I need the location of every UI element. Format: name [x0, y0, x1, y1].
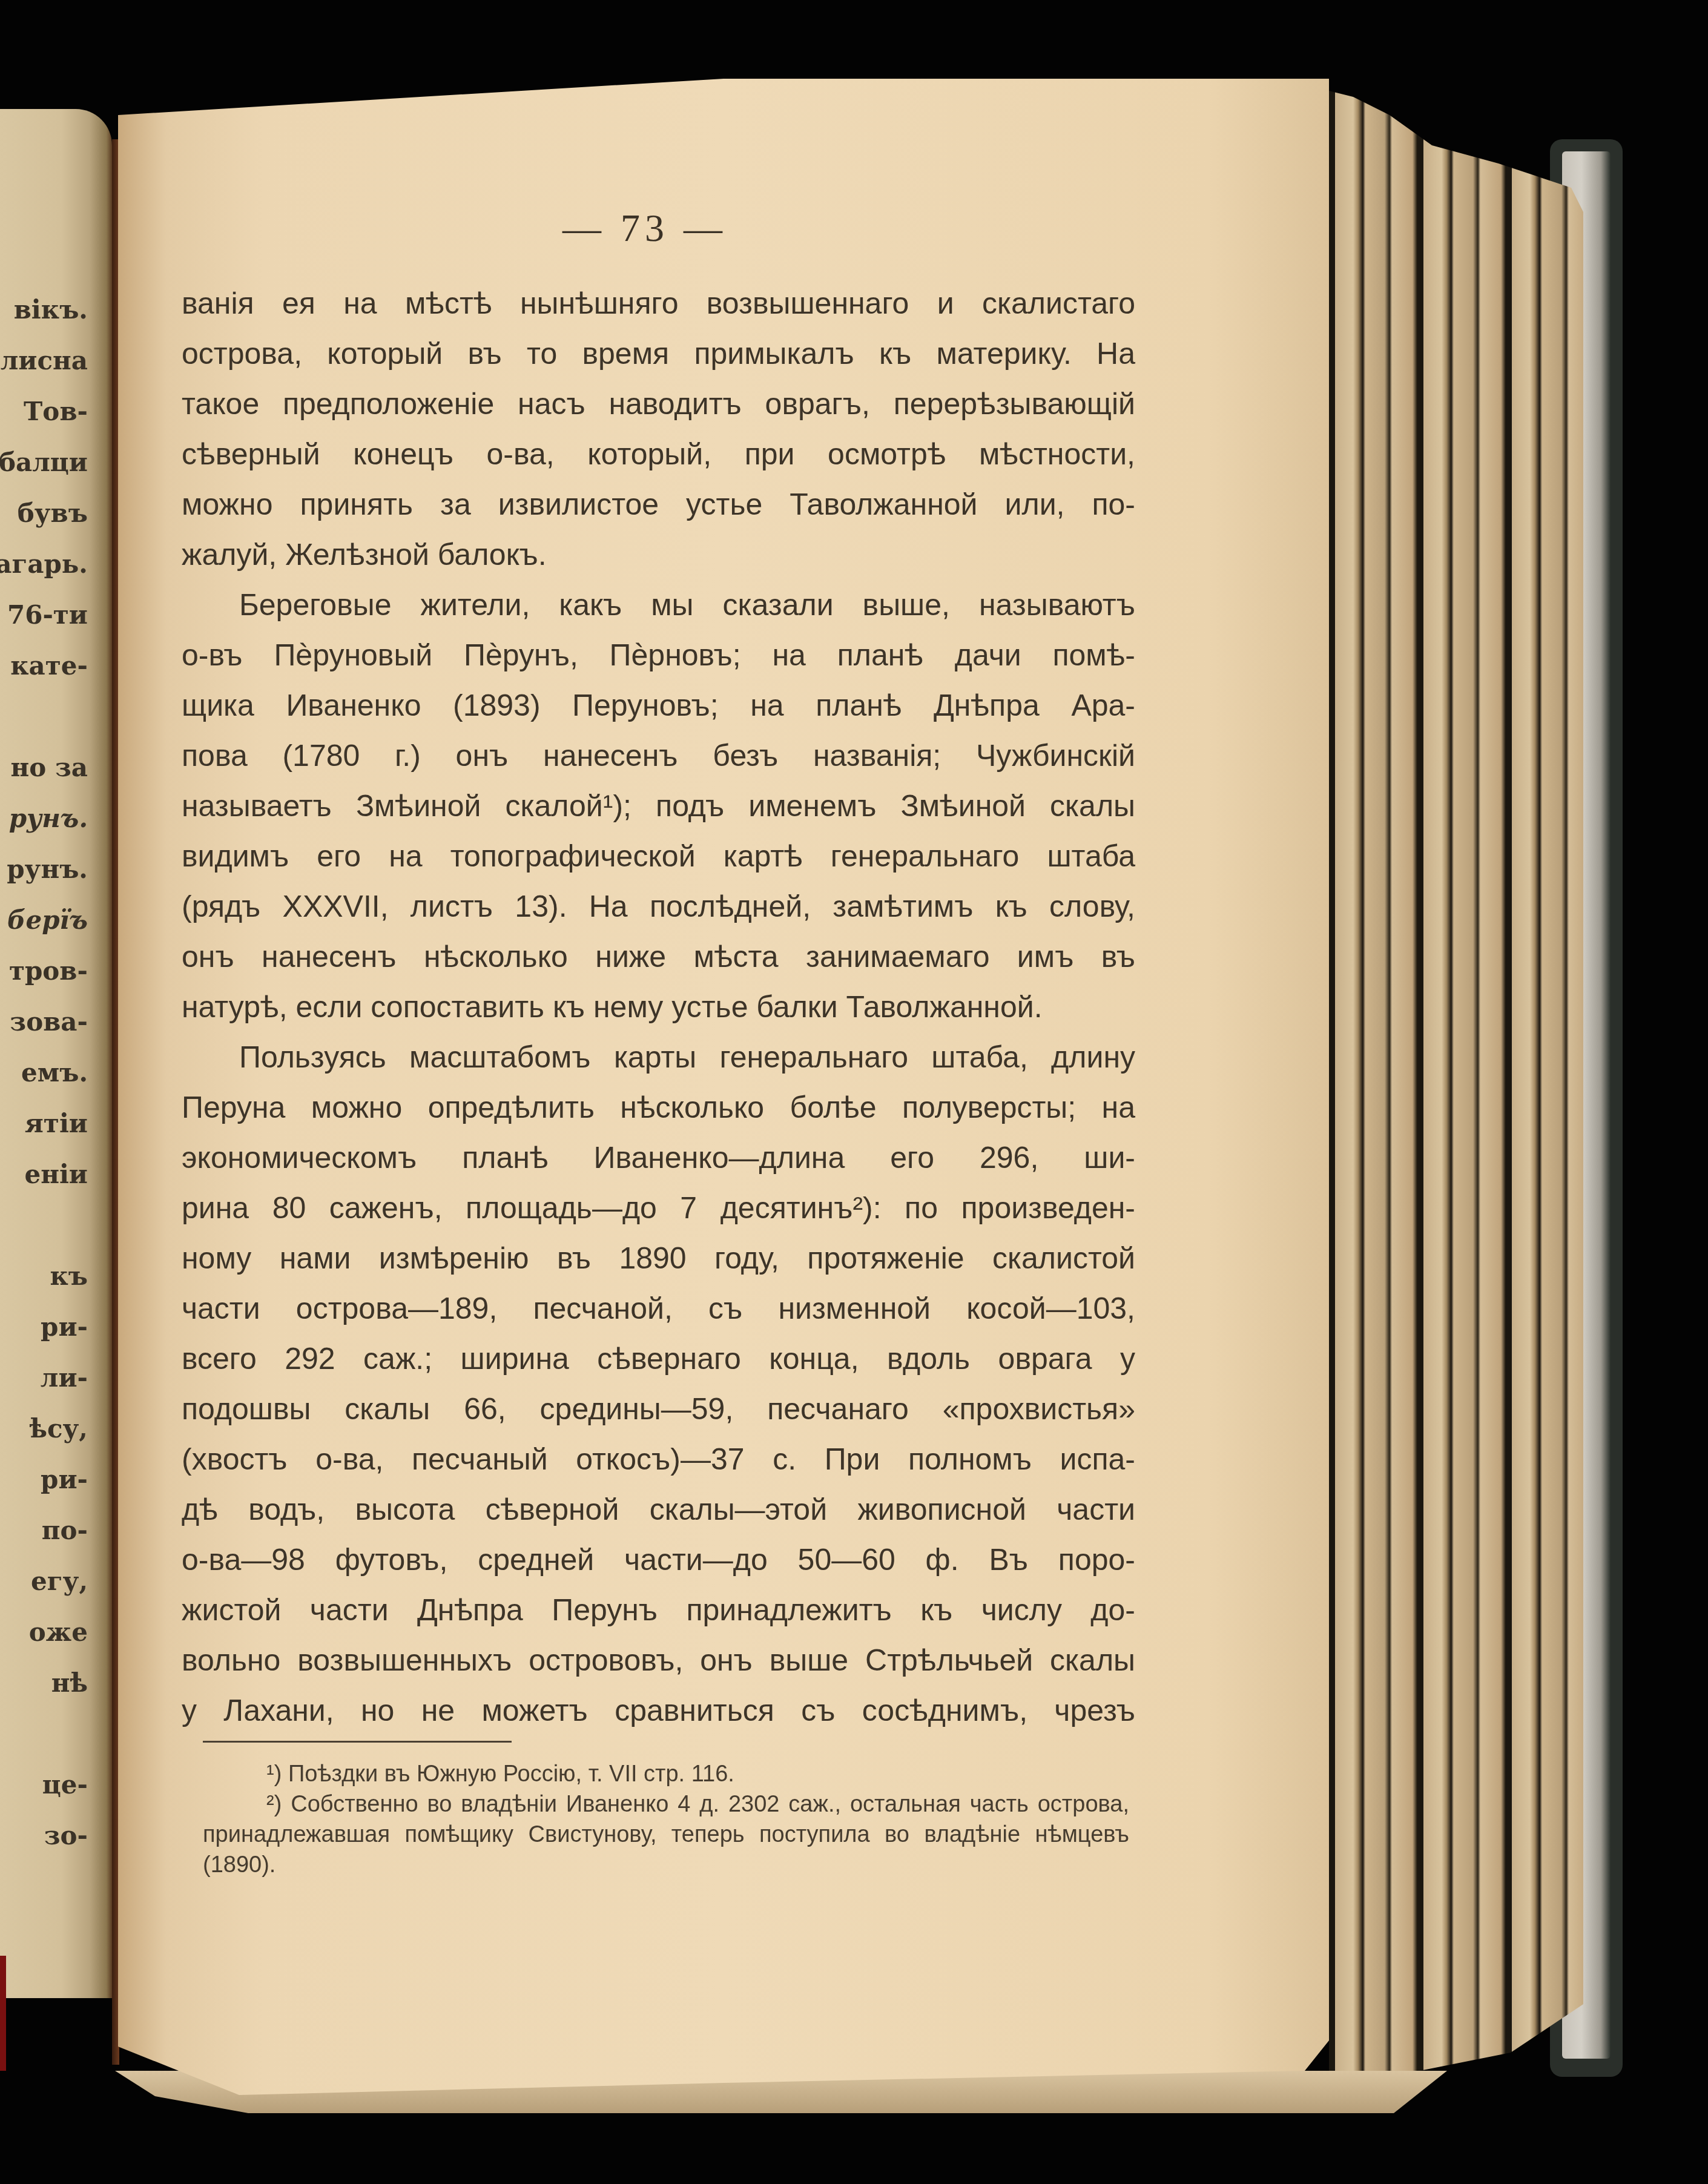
left-fragment: Тов-: [0, 386, 88, 437]
left-fragment: ѣсу,: [0, 1404, 88, 1454]
footnotes: ¹) Поѣздки въ Южную Россію, т. VII стр. …: [203, 1759, 1129, 1880]
text-line: экономическомъ планѣ Иваненко—длина его …: [182, 1133, 1135, 1183]
left-fragment: лисна: [0, 335, 88, 386]
left-fragment: зо-: [0, 1810, 88, 1861]
text-line: (рядъ XXXVII, листъ 13). На послѣдней, з…: [182, 882, 1135, 932]
text-line: ванія ея на мѣстѣ нынѣшняго возвышеннаго…: [182, 279, 1135, 329]
left-fragment: вікъ.: [0, 285, 88, 335]
footnote-text: Поѣздки въ Южную Россію, т. VII стр. 116…: [288, 1761, 734, 1787]
left-fragment: къ: [0, 1251, 88, 1302]
text-line: всего 292 саж.; ширина сѣвернаго конца, …: [182, 1334, 1135, 1384]
text-line: сѣверный конецъ о-ва, который, при осмот…: [182, 429, 1135, 480]
left-fragment: ли-: [0, 1353, 88, 1404]
left-page-text-fragments: вікъ. лисна Тов- балци бувъ агарь. 76-ти…: [0, 285, 88, 1861]
left-fragment-gap: [0, 691, 88, 742]
left-fragment-gap: [0, 1200, 88, 1251]
left-fragment: зова-: [0, 997, 88, 1047]
left-fragment: 76-ти: [0, 590, 88, 641]
paragraph-start-line: Береговые жители, какъ мы сказали выше, …: [182, 580, 1135, 630]
text-line: Перуна можно опредѣлить нѣсколько болѣе …: [182, 1083, 1135, 1133]
text-line: у Лахани, но не можетъ сравниться съ сос…: [182, 1686, 1135, 1736]
page-block-fore-edge: [1329, 91, 1583, 2071]
left-fragment: ятіи: [0, 1098, 88, 1149]
footnote-marker: ²): [203, 1792, 282, 1817]
left-fragment: балци: [0, 437, 88, 488]
footnote-divider: [203, 1741, 512, 1743]
book-page: — 73 — ванія ея на мѣстѣ нынѣшняго возвы…: [118, 79, 1329, 2107]
left-fragment: тров-: [0, 946, 88, 997]
left-fragment: оже: [0, 1607, 88, 1658]
left-fragment: рунъ.: [0, 793, 88, 844]
text-line: щика Иваненко (1893) Перуновъ; на планѣ …: [182, 681, 1135, 731]
text-line: пова (1780 г.) онъ нанесенъ безъ названі…: [182, 731, 1135, 781]
text-line: острова, который въ то время примыкалъ к…: [182, 329, 1135, 379]
text-line: о-ва—98 футовъ, средней части—до 50—60 ф…: [182, 1535, 1135, 1585]
left-page-edge: вікъ. лисна Тов- балци бувъ агарь. 76-ти…: [0, 109, 112, 1998]
body-text: ванія ея на мѣстѣ нынѣшняго возвышеннаго…: [182, 279, 1135, 1736]
text-line: можно принять за извилистое устье Таволж…: [182, 480, 1135, 530]
left-fragment: берїъ: [0, 895, 88, 946]
left-fragment: ри-: [0, 1302, 88, 1353]
left-fragment: но за: [0, 742, 88, 793]
left-fragment-gap: [0, 1709, 88, 1760]
text-line: (хвостъ о-ва, песчаный откосъ)—37 с. При…: [182, 1434, 1135, 1485]
text-line: такое предположеніе насъ наводитъ оврагъ…: [182, 379, 1135, 429]
text-line: о-въ Пѐруновый Пѐрунъ, Пѐрновъ; на планѣ…: [182, 630, 1135, 681]
left-fragment: нѣ: [0, 1658, 88, 1709]
footnote-2: ²) Собственно во владѣніи Иваненко 4 д. …: [203, 1789, 1129, 1880]
left-fragment: рунъ.: [0, 844, 88, 895]
text-line: жистой части Днѣпра Перунъ принадлежитъ …: [182, 1585, 1135, 1635]
text-line: ному нами измѣренію въ 1890 году, протяж…: [182, 1233, 1135, 1284]
paragraph-start-line: Пользуясь масштабомъ карты генеральнаго …: [182, 1032, 1135, 1083]
left-fragment: це-: [0, 1760, 88, 1810]
text-line: части острова—189, песчаной, съ низменно…: [182, 1284, 1135, 1334]
text-line: подошвы скалы 66, средины—59, песчанаго …: [182, 1384, 1135, 1434]
left-fragment: агарь.: [0, 539, 88, 590]
page-number: — 73 —: [118, 206, 1172, 251]
left-fragment: емъ.: [0, 1047, 88, 1098]
text-line: рина 80 саженъ, площадь—до 7 десятинъ²):…: [182, 1183, 1135, 1233]
left-fragment: кате-: [0, 641, 88, 691]
left-fragment: бувъ: [0, 488, 88, 539]
left-fragment: егу,: [0, 1556, 88, 1607]
left-fragment: ри-: [0, 1454, 88, 1505]
footnote-1: ¹) Поѣздки въ Южную Россію, т. VII стр. …: [203, 1759, 1129, 1789]
text-line: называетъ Змѣиной скалой¹); подъ именемъ…: [182, 781, 1135, 831]
text-line: вольно возвышенныхъ острововъ, онъ выше …: [182, 1635, 1135, 1686]
footnote-marker: ¹): [203, 1761, 282, 1787]
text-line: жалуй, Желѣзной балокъ.: [182, 530, 1135, 580]
left-fragment: еніи: [0, 1149, 88, 1200]
text-line: онъ нанесенъ нѣсколько ниже мѣста занима…: [182, 932, 1135, 982]
text-line: дѣ водъ, высота сѣверной скалы—этой живо…: [182, 1485, 1135, 1535]
footnote-text: Собственно во владѣніи Иваненко 4 д. 230…: [203, 1792, 1129, 1878]
text-line: видимъ его на топографической картѣ гене…: [182, 831, 1135, 882]
left-fragment: по-: [0, 1505, 88, 1556]
bookmark-ribbon: [0, 1956, 6, 2071]
text-line: натурѣ, если сопоставить къ нему устье б…: [182, 982, 1135, 1032]
